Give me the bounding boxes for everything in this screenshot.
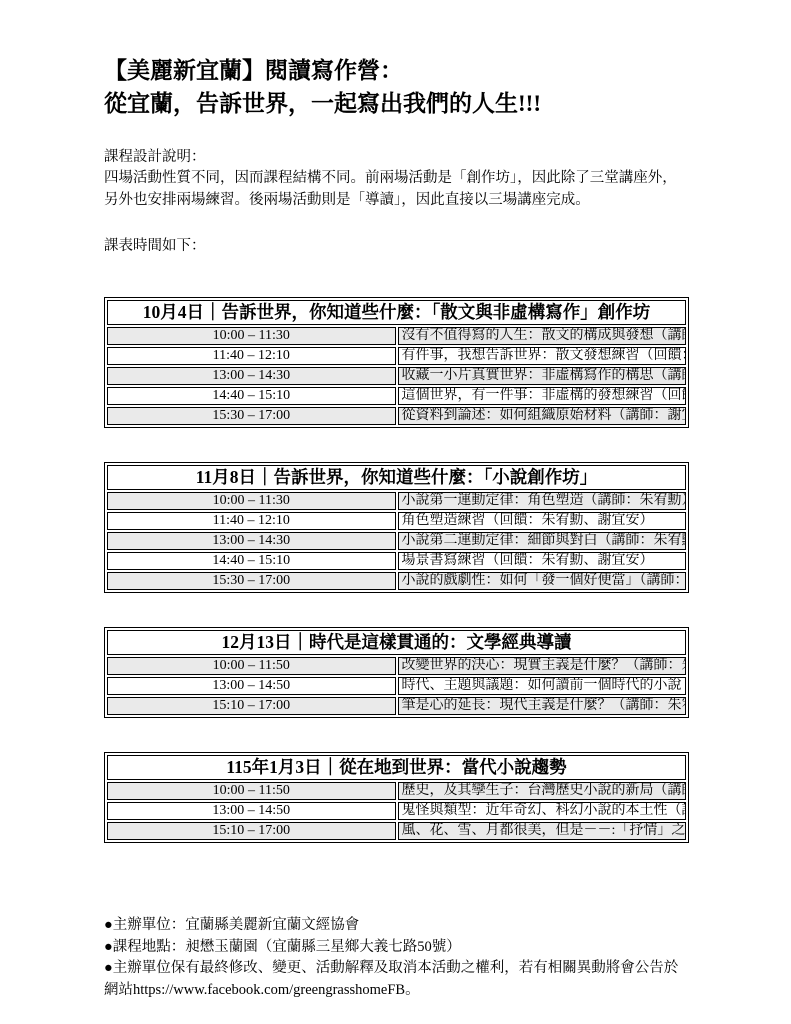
organizer-note: ●主辦單位：宜蘭縣美麗新宜蘭文經協會 bbox=[104, 915, 688, 937]
table-row: 11:40 – 12:10 角色塑造練習（回饋：朱宥勳、謝宜安） bbox=[107, 512, 686, 530]
time-cell: 10:00 – 11:50 bbox=[107, 657, 396, 675]
time-cell: 10:00 – 11:30 bbox=[107, 327, 396, 345]
time-cell: 13:00 – 14:30 bbox=[107, 532, 396, 550]
time-cell: 14:40 – 15:10 bbox=[107, 552, 396, 570]
table-header-title: 11月8日｜告訴世界，你知道些什麼：「小說創作坊」 bbox=[107, 465, 686, 490]
page-title-line1: 【美麗新宜蘭】閱讀寫作營： bbox=[104, 58, 403, 83]
table-row: 13:00 – 14:30 收藏一小片真實世界：非虛構寫作的構思（講師：朱宥勳） bbox=[107, 367, 686, 385]
schedule-table-oct4: 10月4日｜告訴世界，你知道些什麼：「散文與非虛構寫作」創作坊 10:00 – … bbox=[104, 297, 689, 428]
time-cell: 11:40 – 12:10 bbox=[107, 347, 396, 365]
time-cell: 10:00 – 11:30 bbox=[107, 492, 396, 510]
session-cell: 從資料到論述：如何組織原始材料（講師：謝宜安） bbox=[398, 407, 687, 425]
intro-heading: 課程設計說明： bbox=[104, 147, 688, 168]
time-cell: 15:10 – 17:00 bbox=[107, 697, 396, 715]
time-cell: 15:10 – 17:00 bbox=[107, 822, 396, 840]
table-row: 15:10 – 17:00 風、花、雪、月都很美，但是－－:「抒情」之外的路線（… bbox=[107, 822, 686, 840]
document-page: 【美麗新宜蘭】閱讀寫作營： 從宜蘭，告訴世界，一起寫出我們的人生!!! 課程設計… bbox=[0, 0, 791, 1024]
time-cell: 11:40 – 12:10 bbox=[107, 512, 396, 530]
session-cell: 鬼怪與類型：近年奇幻、科幻小說的本土性（講師：謝宜安） bbox=[398, 802, 687, 820]
session-cell: 這個世界，有一件事：非虛構的發想練習（回饋：朱宥勳、謝宜安） bbox=[398, 387, 687, 405]
table-row: 11:40 – 12:10 有件事，我想告訴世界：散文發想練習（回饋：朱宥勳、謝… bbox=[107, 347, 686, 365]
time-cell: 15:30 – 17:00 bbox=[107, 572, 396, 590]
table-row: 13:00 – 14:30 小說第二運動定律：細節與對白（講師：朱宥勳） bbox=[107, 532, 686, 550]
time-cell: 10:00 – 11:50 bbox=[107, 782, 396, 800]
table-row: 10:00 – 11:30 沒有不值得寫的人生：散文的構成與發想（講師：朱宥勳） bbox=[107, 327, 686, 345]
table-header-row: 12月13日｜時代是這樣貫通的：文學經典導讀 bbox=[107, 630, 686, 655]
session-cell: 風、花、雪、月都很美，但是－－:「抒情」之外的路線（講師：朱宥勳） bbox=[398, 822, 687, 840]
session-cell: 沒有不值得寫的人生：散文的構成與發想（講師：朱宥勳） bbox=[398, 327, 687, 345]
session-cell: 歷史，及其孿生子：台灣歷史小說的新局（講師：朱宥勳） bbox=[398, 782, 687, 800]
session-cell: 角色塑造練習（回饋：朱宥勳、謝宜安） bbox=[398, 512, 687, 530]
session-cell: 時代、主題與議題：如何讀前一個時代的小說（講師：謝宜安） bbox=[398, 677, 687, 695]
time-cell: 13:00 – 14:50 bbox=[107, 677, 396, 695]
table-row: 10:00 – 11:30 小說第一運動定律：角色塑造（講師：朱宥勳） bbox=[107, 492, 686, 510]
session-cell: 小說第二運動定律：細節與對白（講師：朱宥勳） bbox=[398, 532, 687, 550]
page-title: 【美麗新宜蘭】閱讀寫作營： 從宜蘭，告訴世界，一起寫出我們的人生!!! bbox=[104, 54, 688, 120]
table-row: 14:40 – 15:10 這個世界，有一件事：非虛構的發想練習（回饋：朱宥勳、… bbox=[107, 387, 686, 405]
location-note: ●課程地點：昶懋玉蘭園（宜蘭縣三星鄉大義七路50號） bbox=[104, 937, 688, 959]
session-cell: 收藏一小片真實世界：非虛構寫作的構思（講師：朱宥勳） bbox=[398, 367, 687, 385]
table-header-title: 12月13日｜時代是這樣貫通的：文學經典導讀 bbox=[107, 630, 686, 655]
table-row: 15:30 – 17:00 小說的戲劇性：如何「發一個好便當」（講師：謝宜安） bbox=[107, 572, 686, 590]
footer-notes: ●主辦單位：宜蘭縣美麗新宜蘭文經協會 ●課程地點：昶懋玉蘭園（宜蘭縣三星鄉大義七… bbox=[104, 915, 688, 1001]
table-header-row: 115年1月3日｜從在地到世界：當代小說趨勢 bbox=[107, 755, 686, 780]
table-header-title: 115年1月3日｜從在地到世界：當代小說趨勢 bbox=[107, 755, 686, 780]
schedule-table-dec13: 12月13日｜時代是這樣貫通的：文學經典導讀 10:00 – 11:50 改變世… bbox=[104, 627, 689, 718]
table-header-row: 10月4日｜告訴世界，你知道些什麼：「散文與非虛構寫作」創作坊 bbox=[107, 300, 686, 325]
table-header-title: 10月4日｜告訴世界，你知道些什麼：「散文與非虛構寫作」創作坊 bbox=[107, 300, 686, 325]
table-row: 10:00 – 11:50 歷史，及其孿生子：台灣歷史小說的新局（講師：朱宥勳） bbox=[107, 782, 686, 800]
session-cell: 小說的戲劇性：如何「發一個好便當」（講師：謝宜安） bbox=[398, 572, 687, 590]
time-cell: 13:00 – 14:30 bbox=[107, 367, 396, 385]
session-cell: 小說第一運動定律：角色塑造（講師：朱宥勳） bbox=[398, 492, 687, 510]
table-row: 13:00 – 14:50 時代、主題與議題：如何讀前一個時代的小說（講師：謝宜… bbox=[107, 677, 686, 695]
table-row: 15:30 – 17:00 從資料到論述：如何組織原始材料（講師：謝宜安） bbox=[107, 407, 686, 425]
schedule-label: 課表時間如下： bbox=[104, 236, 688, 257]
table-row: 13:00 – 14:50 鬼怪與類型：近年奇幻、科幻小說的本土性（講師：謝宜安… bbox=[107, 802, 686, 820]
schedule-table-jan3: 115年1月3日｜從在地到世界：當代小說趨勢 10:00 – 11:50 歷史，… bbox=[104, 752, 689, 843]
table-header-row: 11月8日｜告訴世界，你知道些什麼：「小說創作坊」 bbox=[107, 465, 686, 490]
disclaimer-note: ●主辦單位保有最終修改、變更、活動解釋及取消本活動之權利，若有相關異動將會公告於… bbox=[104, 958, 688, 1001]
schedule-table-nov8: 11月8日｜告訴世界，你知道些什麼：「小說創作坊」 10:00 – 11:30 … bbox=[104, 462, 689, 593]
session-cell: 筆是心的延長：現代主義是什麼？（講師：朱宥勳） bbox=[398, 697, 687, 715]
session-cell: 改變世界的決心：現實主義是什麼？（講師：朱宥勳） bbox=[398, 657, 687, 675]
page-title-line2: 從宜蘭，告訴世界，一起寫出我們的人生!!! bbox=[104, 91, 541, 116]
time-cell: 14:40 – 15:10 bbox=[107, 387, 396, 405]
table-row: 15:10 – 17:00 筆是心的延長：現代主義是什麼？（講師：朱宥勳） bbox=[107, 697, 686, 715]
table-row: 10:00 – 11:50 改變世界的決心：現實主義是什麼？（講師：朱宥勳） bbox=[107, 657, 686, 675]
time-cell: 13:00 – 14:50 bbox=[107, 802, 396, 820]
table-row: 14:40 – 15:10 場景書寫練習（回饋：朱宥勳、謝宜安） bbox=[107, 552, 686, 570]
session-cell: 場景書寫練習（回饋：朱宥勳、謝宜安） bbox=[398, 552, 687, 570]
time-cell: 15:30 – 17:00 bbox=[107, 407, 396, 425]
intro-body: 四場活動性質不同，因而課程結構不同。前兩場活動是「創作坊」，因此除了三堂講座外，… bbox=[104, 168, 688, 211]
session-cell: 有件事，我想告訴世界：散文發想練習（回饋：朱宥勳、謝宜安） bbox=[398, 347, 687, 365]
